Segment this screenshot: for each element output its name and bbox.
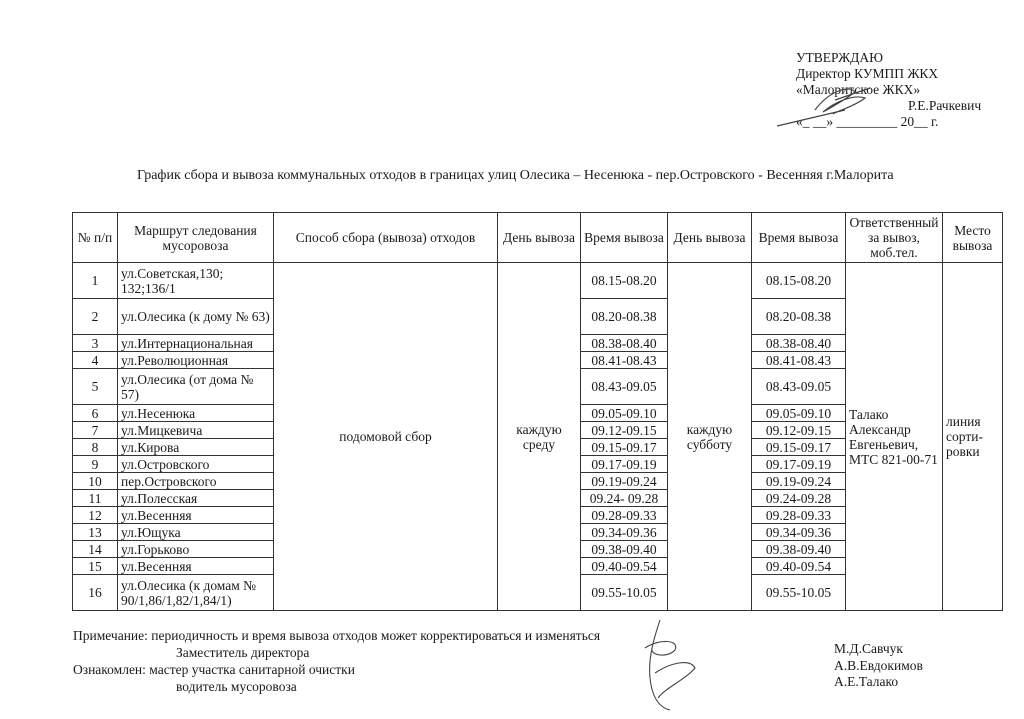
signature-mark	[775, 80, 885, 130]
row-number: 7	[73, 422, 118, 439]
deputy-title: Заместитель директора	[73, 644, 600, 661]
schedule-table: № п/п Маршрут следования мусоровоза Спос…	[72, 212, 1003, 611]
route-cell: ул.Ющука	[118, 524, 274, 541]
time1-cell: 09.40-09.54	[581, 558, 668, 575]
time1-cell: 08.15-08.20	[581, 263, 668, 299]
header-time1: Время вывоза	[581, 213, 668, 263]
header-num: № п/п	[73, 213, 118, 263]
header-day2: День вывоза	[668, 213, 752, 263]
time1-cell: 08.38-08.40	[581, 335, 668, 352]
time2-cell: 08.20-08.38	[752, 299, 846, 335]
ack-line: Ознакомлен: мастер участка санитарной оч…	[73, 661, 600, 678]
route-cell: ул.Островского	[118, 456, 274, 473]
time2-cell: 09.19-09.24	[752, 473, 846, 490]
ack-master: мастер участка санитарной очистки	[149, 662, 355, 677]
time1-cell: 09.15-09.17	[581, 439, 668, 456]
row-number: 11	[73, 490, 118, 507]
time1-cell: 09.19-09.24	[581, 473, 668, 490]
table-row: 1ул.Советская,130; 132;136/1подомовой сб…	[73, 263, 1003, 299]
signers-list: М.Д.Савчук А.В.Евдокимов А.Е.Талако	[834, 641, 923, 691]
header-responsible: Ответственный за вывоз, моб.тел.	[846, 213, 943, 263]
note-line: Примечание: периодичность и время вывоза…	[73, 627, 600, 644]
header-day1: День вывоза	[498, 213, 581, 263]
row-number: 10	[73, 473, 118, 490]
time2-cell: 09.05-09.10	[752, 405, 846, 422]
time2-cell: 09.34-09.36	[752, 524, 846, 541]
time2-cell: 09.12-09.15	[752, 422, 846, 439]
header-method: Способ сбора (вывоза) отходов	[274, 213, 498, 263]
note-text: периодичность и время вывоза отходов мож…	[151, 628, 600, 643]
header-time2: Время вывоза	[752, 213, 846, 263]
route-cell: ул.Революционная	[118, 352, 274, 369]
row-number: 9	[73, 456, 118, 473]
time1-cell: 09.17-09.19	[581, 456, 668, 473]
row-number: 6	[73, 405, 118, 422]
route-cell: ул.Интернациональная	[118, 335, 274, 352]
route-cell: ул.Мицкевича	[118, 422, 274, 439]
time2-cell: 09.24-09.28	[752, 490, 846, 507]
row-number: 12	[73, 507, 118, 524]
time2-cell: 09.15-09.17	[752, 439, 846, 456]
row-number: 4	[73, 352, 118, 369]
time1-cell: 08.43-09.05	[581, 369, 668, 405]
time1-cell: 08.41-08.43	[581, 352, 668, 369]
route-cell: пер.Островского	[118, 473, 274, 490]
time2-cell: 09.55-10.05	[752, 575, 846, 611]
header-route: Маршрут следования мусоровоза	[118, 213, 274, 263]
row-number: 5	[73, 369, 118, 405]
route-cell: ул.Олесика (к дому № 63)	[118, 299, 274, 335]
note-label: Примечание:	[73, 628, 148, 643]
row-number: 14	[73, 541, 118, 558]
time2-cell: 08.15-08.20	[752, 263, 846, 299]
route-cell: ул.Полесская	[118, 490, 274, 507]
row-number: 3	[73, 335, 118, 352]
day2-cell: каждую субботу	[668, 263, 752, 611]
route-cell: ул.Весенняя	[118, 558, 274, 575]
time2-cell: 09.28-09.33	[752, 507, 846, 524]
signer-name: А.В.Евдокимов	[834, 658, 923, 675]
time2-cell: 09.17-09.19	[752, 456, 846, 473]
time2-cell: 09.40-09.54	[752, 558, 846, 575]
responsible-cell: Талако Александр Евгеньевич, МТС 821-00-…	[846, 263, 943, 611]
time2-cell: 09.38-09.40	[752, 541, 846, 558]
row-number: 16	[73, 575, 118, 611]
route-cell: ул.Олесика (к домам № 90/1,86/1,82/1,84/…	[118, 575, 274, 611]
ack-driver: водитель мусоровоза	[73, 678, 600, 695]
time1-cell: 09.55-10.05	[581, 575, 668, 611]
row-number: 8	[73, 439, 118, 456]
row-number: 2	[73, 299, 118, 335]
route-cell: ул.Кирова	[118, 439, 274, 456]
route-cell: ул.Олесика (от дома № 57)	[118, 369, 274, 405]
signer-name: А.Е.Талако	[834, 674, 923, 691]
place-cell: линия сорти-ровки	[943, 263, 1003, 611]
signature-mark-2	[640, 618, 700, 713]
method-cell: подомовой сбор	[274, 263, 498, 611]
row-number: 13	[73, 524, 118, 541]
time2-cell: 08.41-08.43	[752, 352, 846, 369]
row-number: 15	[73, 558, 118, 575]
ack-label: Ознакомлен:	[73, 662, 146, 677]
signer-name: М.Д.Савчук	[834, 641, 923, 658]
route-cell: ул.Весенняя	[118, 507, 274, 524]
route-cell: ул.Горьково	[118, 541, 274, 558]
time1-cell: 08.20-08.38	[581, 299, 668, 335]
time1-cell: 09.12-09.15	[581, 422, 668, 439]
route-cell: ул.Несенюка	[118, 405, 274, 422]
time1-cell: 09.38-09.40	[581, 541, 668, 558]
time1-cell: 09.05-09.10	[581, 405, 668, 422]
time1-cell: 09.28-09.33	[581, 507, 668, 524]
header-place: Место вывоза	[943, 213, 1003, 263]
time2-cell: 08.43-09.05	[752, 369, 846, 405]
notes-block: Примечание: периодичность и время вывоза…	[73, 627, 600, 695]
row-number: 1	[73, 263, 118, 299]
time1-cell: 09.24- 09.28	[581, 490, 668, 507]
time2-cell: 08.38-08.40	[752, 335, 846, 352]
approval-heading: УТВЕРЖДАЮ	[796, 50, 981, 66]
time1-cell: 09.34-09.36	[581, 524, 668, 541]
route-cell: ул.Советская,130; 132;136/1	[118, 263, 274, 299]
table-header-row: № п/п Маршрут следования мусоровоза Спос…	[73, 213, 1003, 263]
document-title: График сбора и вывоза коммунальных отход…	[137, 168, 894, 184]
day1-cell: каждую среду	[498, 263, 581, 611]
